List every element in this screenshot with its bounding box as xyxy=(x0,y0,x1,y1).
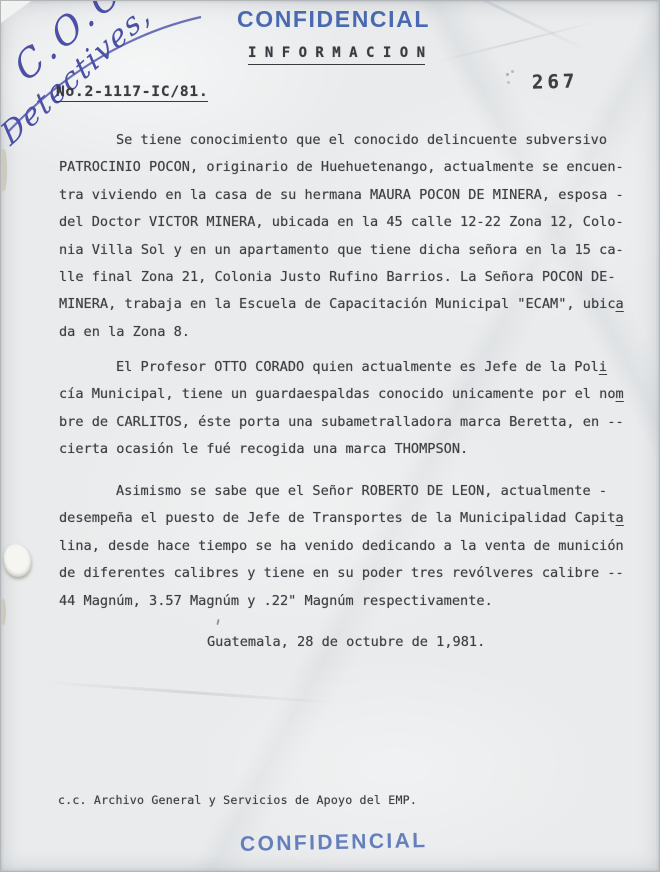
dateline: Guatemala, 28 de octubre de 1,981. xyxy=(207,634,485,650)
paper-crease xyxy=(410,0,591,54)
text-line: Se tiene conocimiento que el conocido de… xyxy=(59,127,649,154)
ink-smudge xyxy=(506,73,509,76)
scanned-document-page: C.O.C. Detectives, CONFIDENCIAL I N F O … xyxy=(0,0,660,872)
text-line: lina, desde hace tiempo se ha venido ded… xyxy=(59,533,649,560)
paragraph-1: Se tiene conocimiento que el conocido de… xyxy=(59,127,649,346)
text-line: de diferentes calibres y tiene en su pod… xyxy=(59,560,649,587)
paper-corner-tear xyxy=(1,1,31,23)
text-line: PATROCINIO POCON, originario de Huehuete… xyxy=(59,154,649,181)
text-line: MINERA, trabaja en la Escuela de Capacit… xyxy=(59,291,649,318)
cc-distribution-line: c.c. Archivo General y Servicios de Apoy… xyxy=(58,793,417,807)
paper-tear-hole xyxy=(2,542,33,578)
paper-edge-chip xyxy=(1,599,6,625)
text-line: cierta ocasión le fué recogida una marca… xyxy=(59,436,649,463)
paper-crease xyxy=(41,681,340,705)
text-line: 44 Magnúm, 3.57 Magnúm y .22" Magnúm res… xyxy=(59,588,649,615)
page-number-stamp: 267 xyxy=(532,70,579,93)
document-title: I N F O R M A C I O N xyxy=(248,45,425,65)
text-line: tra viviendo en la casa de su hermana MA… xyxy=(59,182,649,209)
paper-edge-chip xyxy=(1,149,7,191)
paragraph-3: Asimismo se sabe que el Señor ROBERTO DE… xyxy=(59,478,649,615)
reference-number: No.2-1117-IC/81. xyxy=(56,84,208,102)
text-line: lle final Zona 21, Colonia Justo Rufino … xyxy=(59,264,649,291)
paper-crease xyxy=(433,20,598,63)
text-line: Asimismo se sabe que el Señor ROBERTO DE… xyxy=(59,478,649,505)
text-line: nia Villa Sol y en un apartamento que ti… xyxy=(59,237,649,264)
text-line: cía Municipal, tiene un guardaespaldas c… xyxy=(59,381,649,408)
paragraph-2: El Profesor OTTO CORADO quien actualment… xyxy=(59,354,649,464)
text-line: da en la Zona 8. xyxy=(59,319,649,346)
confidential-stamp-top: CONFIDENCIAL xyxy=(237,6,430,33)
confidential-stamp-bottom: CONFIDENCIAL xyxy=(240,829,428,857)
text-line: El Profesor OTTO CORADO quien actualment… xyxy=(59,354,649,381)
text-line: del Doctor VICTOR MINERA, ubicada en la … xyxy=(59,209,649,236)
text-line: bre de CARLITOS, éste porta una subametr… xyxy=(59,409,649,436)
ink-dot xyxy=(216,619,219,625)
text-line: desempeña el puesto de Jefe de Transport… xyxy=(59,505,649,532)
